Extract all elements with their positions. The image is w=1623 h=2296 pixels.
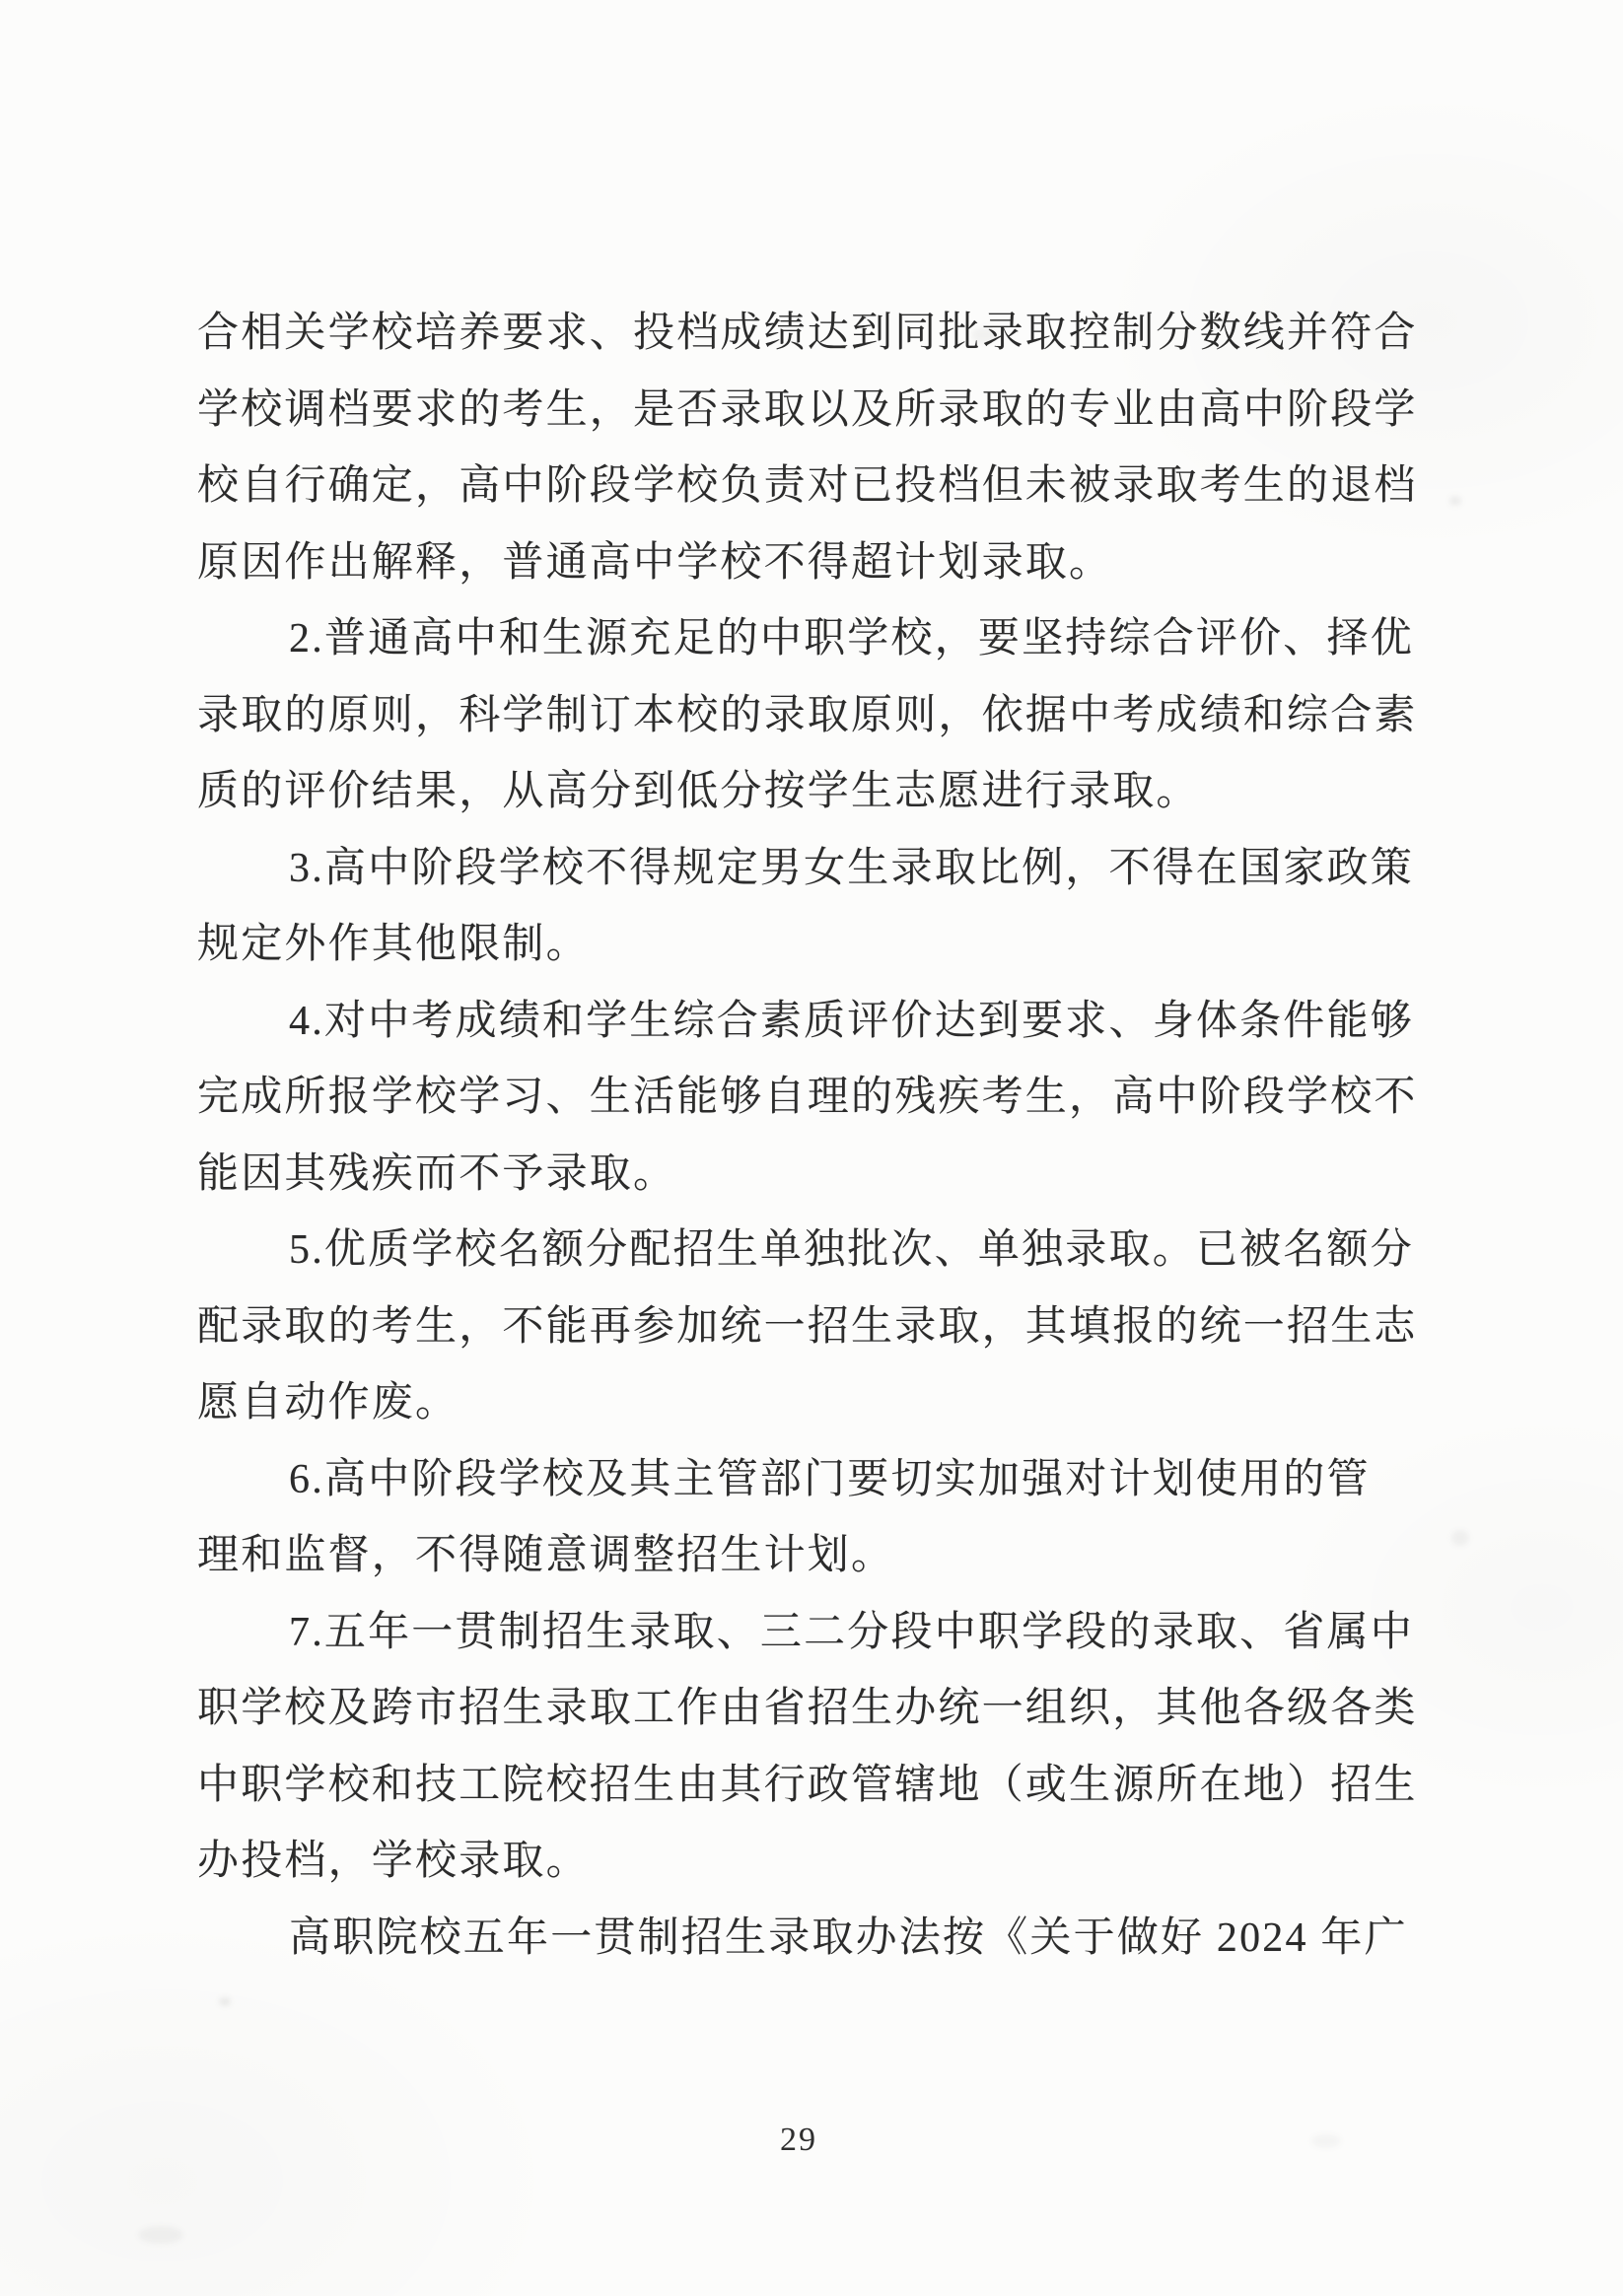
scan-artifact [1449,496,1461,506]
text-line: 高职院校五年一贯制招生录取办法按《关于做好 2024 年广 [197,1901,1425,1978]
text-line: 学校调档要求的考生，是否录取以及所录取的专业由高中阶段学 [197,373,1425,450]
text-line: 理和监督，不得随意调整招生计划。 [197,1518,1425,1595]
text-line: 愿自动作废。 [197,1365,1425,1442]
text-line: 5.优质学校名额分配招生单独批次、单独录取。已被名额分 [197,1213,1425,1289]
text-line: 质的评价结果，从高分到低分按学生志愿进行录取。 [197,754,1425,831]
scan-artifact [219,1997,231,2006]
scan-artifact [138,2226,183,2244]
text-line: 完成所报学校学习、生活能够自理的残疾考生，高中阶段学校不 [197,1060,1425,1137]
text-line: 原因作出解释，普通高中学校不得超计划录取。 [197,525,1425,602]
text-line: 3.高中阶段学校不得规定男女生录取比例，不得在国家政策 [197,831,1425,908]
text-line: 能因其残疾而不予录取。 [197,1137,1425,1214]
text-line: 合相关学校培养要求、投档成绩达到同批录取控制分数线并符合 [197,296,1425,373]
text-line: 职学校及跨市招生录取工作由省招生办统一组织，其他各级各类 [197,1671,1425,1748]
text-line: 7.五年一贯制招生录取、三二分段中职学段的录取、省属中 [197,1595,1425,1672]
text-line: 4.对中考成绩和学生综合素质评价达到要求、身体条件能够 [197,984,1425,1061]
document-page: 合相关学校培养要求、投档成绩达到同批录取控制分数线并符合学校调档要求的考生，是否… [0,0,1623,2296]
text-line: 2.普通高中和生源充足的中职学校，要坚持综合评价、择优 [197,601,1425,678]
text-line: 办投档，学校录取。 [197,1824,1425,1901]
text-line: 校自行确定，高中阶段学校负责对已投档但未被录取考生的退档 [197,449,1425,525]
page-number: 29 [0,2122,1597,2159]
text-block: 合相关学校培养要求、投档成绩达到同批录取控制分数线并符合学校调档要求的考生，是否… [197,296,1425,1977]
text-line: 6.高中阶段学校及其主管部门要切实加强对计划使用的管 [197,1442,1425,1519]
scan-artifact [1451,1530,1469,1546]
text-line: 中职学校和技工院校招生由其行政管辖地（或生源所在地）招生 [197,1748,1425,1825]
text-line: 配录取的考生，不能再参加统一招生录取，其填报的统一招生志 [197,1289,1425,1366]
text-line: 录取的原则，科学制订本校的录取原则，依据中考成绩和综合素 [197,678,1425,755]
text-line: 规定外作其他限制。 [197,907,1425,984]
